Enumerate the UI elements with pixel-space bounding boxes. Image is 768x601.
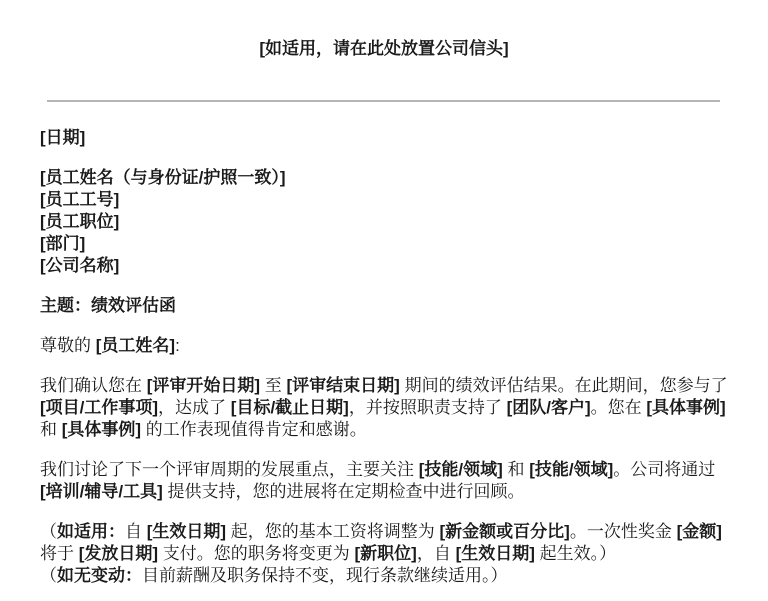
placeholder-token: [项目/工作事项] (40, 398, 158, 417)
placeholder-token: [培训/辅导/工具] (40, 482, 163, 501)
placeholder-token: [新金额或百分比] (440, 522, 570, 541)
placeholder-token: [日期] (40, 128, 85, 147)
placeholder-token: 如无变动： (57, 566, 142, 585)
letter-text: ，自 (417, 544, 456, 563)
placeholder-token: [具体事例] (646, 398, 725, 417)
letter-text: 尊敬的 (40, 336, 96, 355)
letterhead-placeholder: [如适用，请在此处放置公司信头] (40, 38, 728, 60)
paragraph-development-focus: 我们讨论了下一个评审周期的发展重点，主要关注 [技能/领域] 和 [技能/领域]… (40, 459, 742, 503)
subject-line: 主题：绩效评估函 (40, 295, 742, 317)
letter-text: 和 (40, 420, 62, 439)
letter-text: 我们确认您在 (40, 376, 147, 395)
paragraph-compensation-changes: （如适用：自 [生效日期] 起，您的基本工资将调整为 [新金额或百分比]。一次性… (40, 521, 742, 587)
letter-text: : (175, 336, 180, 355)
letter-text: 。您在 (591, 398, 647, 417)
header-divider (47, 100, 720, 102)
letter-text: 目前薪酬及职务保持不变，现行条款继续适用。） (142, 566, 508, 585)
placeholder-token: [发放日期] (79, 544, 158, 563)
letter-text: 提供支持，您的进展将在定期检查中进行回顾。 (163, 482, 525, 501)
letter-text: 和 (503, 460, 529, 479)
placeholder-token: [员工姓名（与身份证/护照一致）] (40, 168, 286, 187)
placeholder-token: [员工姓名] (96, 336, 175, 355)
placeholder-token: 如适用： (57, 522, 125, 541)
letter-text: （ (40, 566, 57, 585)
letter-text: 将于 (40, 544, 79, 563)
placeholder-token: [评审开始日期] (147, 376, 260, 395)
placeholder-token: [新职位] (355, 544, 417, 563)
letter-text: 支付。您的职务将变更为 (158, 544, 354, 563)
placeholder-token: [评审结束日期] (287, 376, 400, 395)
recipient-block: [员工姓名（与身份证/护照一致）][员工工号][员工职位][部门][公司名称] (40, 167, 742, 277)
letter-body: [日期][员工姓名（与身份证/护照一致）][员工工号][员工职位][部门][公司… (40, 127, 728, 587)
letter-text: 。公司将通过 (613, 460, 715, 479)
placeholder-token: [生效日期] (456, 544, 535, 563)
letter-text: 起，您的基本工资将调整为 (226, 522, 439, 541)
placeholder-token: [金额] (677, 522, 722, 541)
placeholder-token: [团队/客户] (507, 398, 591, 417)
letter-text: ，并按照职责支持了 (349, 398, 507, 417)
placeholder-token: [公司名称] (40, 256, 119, 275)
placeholder-token: [目标/截止日期] (231, 398, 349, 417)
letter-text: 起生效。） (535, 544, 616, 563)
placeholder-token: [技能/领域] (419, 460, 503, 479)
placeholder-token: [生效日期] (147, 522, 226, 541)
letter-text: （ (40, 522, 57, 541)
letter-text: 的工作表现值得肯定和感谢。 (141, 420, 367, 439)
placeholder-token: [具体事例] (62, 420, 141, 439)
placeholder-token: [员工职位] (40, 212, 119, 231)
letter-text: ，达成了 (158, 398, 231, 417)
letter-text: 期间的绩效评估结果。在此期间，您参与了 (400, 376, 728, 395)
date-line: [日期] (40, 127, 742, 149)
letter-document: [如适用，请在此处放置公司信头] [日期][员工姓名（与身份证/护照一致）][员… (0, 0, 768, 601)
letter-text: 。一次性奖金 (570, 522, 677, 541)
salutation: 尊敬的 [员工姓名]: (40, 335, 742, 357)
placeholder-token: 主题：绩效评估函 (40, 296, 176, 315)
placeholder-token: [员工工号] (40, 190, 119, 209)
letter-text: 至 (260, 376, 286, 395)
placeholder-token: [部门] (40, 234, 85, 253)
placeholder-token: [技能/领域] (529, 460, 613, 479)
paragraph-performance-summary: 我们确认您在 [评审开始日期] 至 [评审结束日期] 期间的绩效评估结果。在此期… (40, 375, 742, 441)
letter-text: 我们讨论了下一个评审周期的发展重点，主要关注 (40, 460, 419, 479)
letter-text: 自 (125, 522, 147, 541)
